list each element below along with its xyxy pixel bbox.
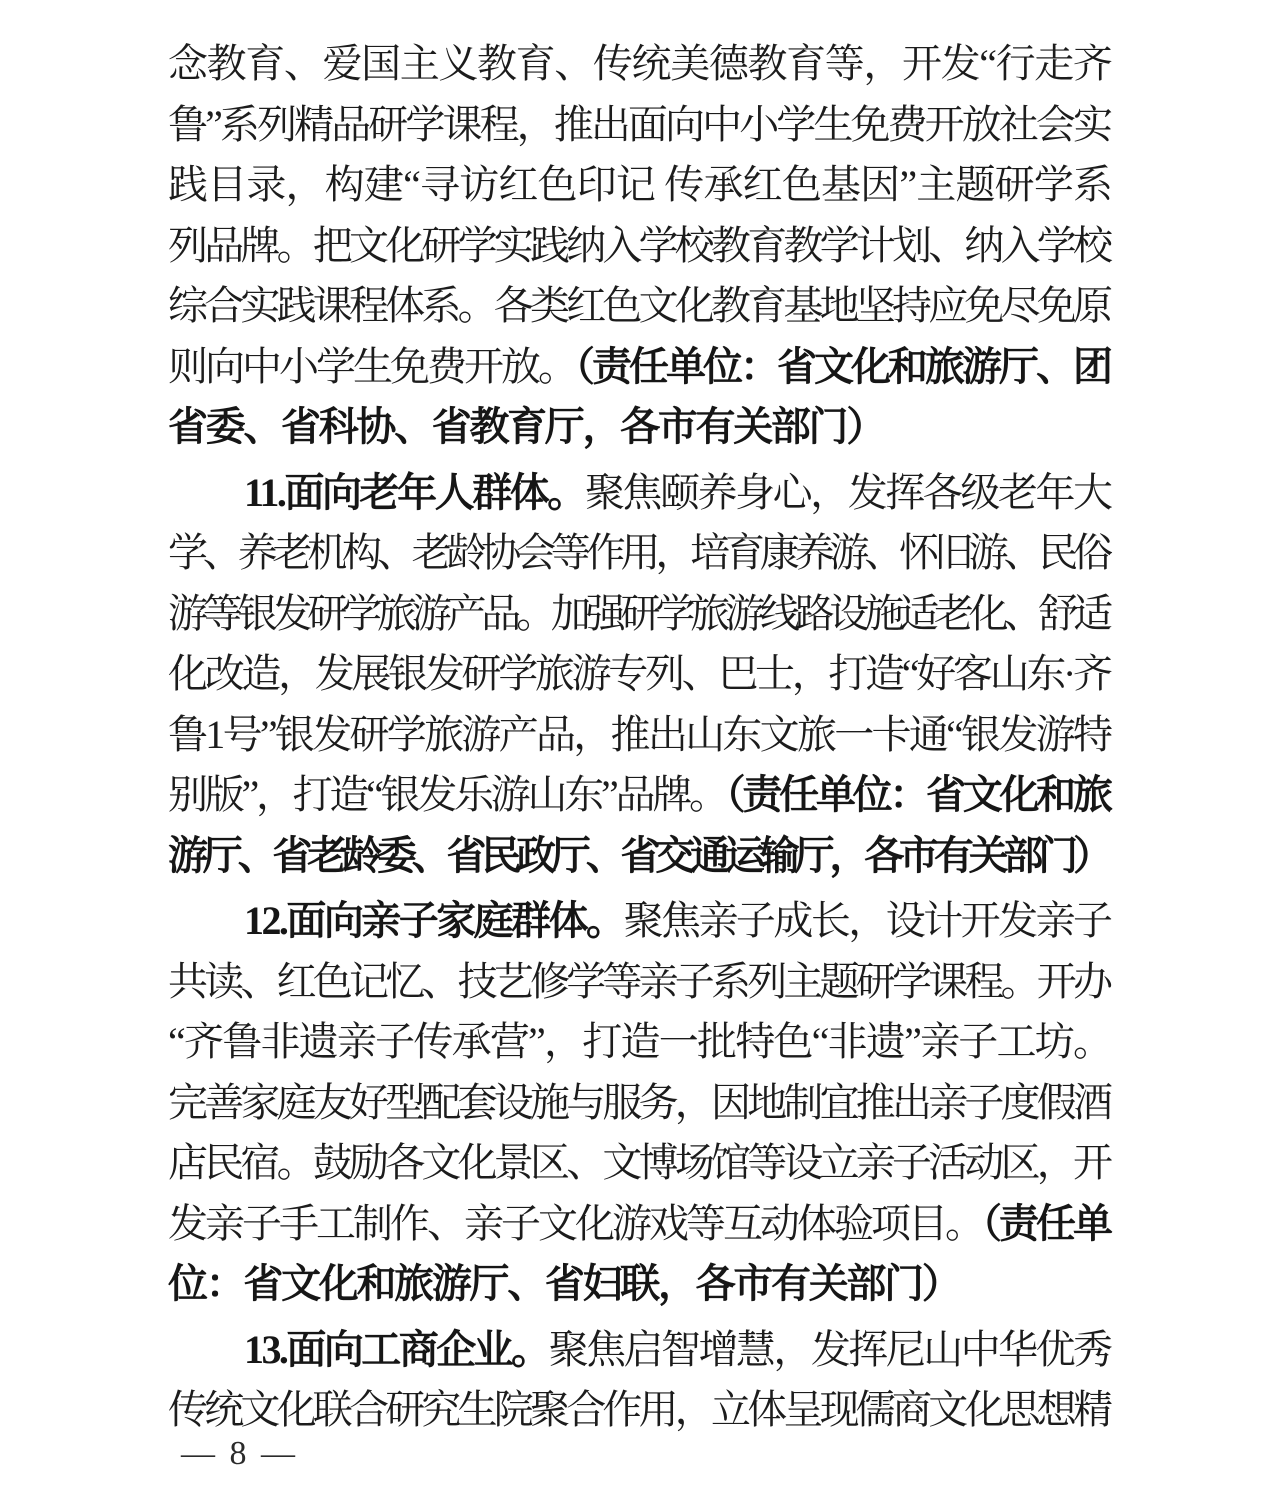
text-line: 鲁1号”银发研学旅游产品，推出山东文旅一卡通“银发游特 [168, 705, 1113, 766]
text-line: 12.面向亲子家庭群体。聚焦亲子成长，设计开发亲子 [168, 891, 1113, 952]
text-run: 店民宿。鼓励各文化景区、文博场馆等设立亲子活动区，开 [168, 1140, 1109, 1185]
text-line: 店民宿。鼓励各文化景区、文博场馆等设立亲子活动区，开 [168, 1133, 1113, 1194]
text-line: 游等银发研学旅游产品。加强研学旅游线路设施适老化、舒适 [168, 584, 1113, 645]
bold-run: 位：省文化和旅游厅、省妇联，各市有关部门） [168, 1261, 960, 1306]
text-run: 聚焦启智增慧，发挥尼山中华优秀 [549, 1327, 1111, 1372]
text-line: 学、养老机构、老龄协会等作用，培育康养游、怀旧游、民俗 [168, 523, 1113, 584]
paragraph-item-13: 13.面向工商企业。聚焦启智增慧，发挥尼山中华优秀传统文化联合研究生院聚合作用，… [168, 1320, 1113, 1441]
bold-run: （责任单 [982, 1201, 1110, 1246]
text-run: 别版”，打造“银发乐游山东”品牌。 [168, 772, 726, 817]
bold-run: 13.面向工商企业。 [244, 1327, 549, 1372]
text-run: 完善家庭友好型配套设施与服务，因地制宜推出亲子度假酒 [168, 1080, 1109, 1125]
text-block: 念教育、爱国主义教育、传统美德教育等，开发“行走齐鲁”系列精品研学课程，推出面向… [168, 34, 1113, 1441]
text-line: 13.面向工商企业。聚焦启智增慧，发挥尼山中华优秀 [168, 1320, 1113, 1381]
first-line-indent [168, 1362, 244, 1363]
text-line: 则向中小学生免费开放。（责任单位：省文化和旅游厅、团 [168, 337, 1113, 398]
text-run: 共读、红色记忆、技艺修学等亲子系列主题研学课程。开办 [168, 959, 1109, 1004]
text-line: 位：省文化和旅游厅、省妇联，各市有关部门） [168, 1254, 1113, 1315]
text-line: 综合实践课程体系。各类红色文化教育基地坚持应免尽免原 [168, 276, 1113, 337]
text-run: 发亲子手工制作、亲子文化游戏等互动体验项目。 [168, 1201, 982, 1246]
text-line: 游厅、省老龄委、省民政厅、省交通运输厅，各市有关部门） [168, 826, 1113, 887]
paragraph-item-12: 12.面向亲子家庭群体。聚焦亲子成长，设计开发亲子共读、红色记忆、技艺修学等亲子… [168, 891, 1113, 1315]
bold-run: 省委、省科协、省教育厅，各市有关部门） [168, 404, 884, 449]
text-line: 发亲子手工制作、亲子文化游戏等互动体验项目。（责任单 [168, 1194, 1113, 1255]
page-number: — 8 — [181, 1434, 298, 1474]
text-run: 践目录，构建“寻访红色印记 传承红色基因”主题研学系 [168, 162, 1112, 207]
text-run: 列品牌。把文化研学实践纳入学校教育教学计划、纳入学校 [168, 223, 1109, 268]
text-run: 传统文化联合研究生院聚合作用，立体呈现儒商文化思想精 [168, 1387, 1109, 1432]
text-run: 鲁”系列精品研学课程，推出面向中小学生免费开放社会实 [168, 102, 1110, 147]
text-run: 念教育、爱国主义教育、传统美德教育等，开发“行走齐 [168, 41, 1112, 86]
text-line: 传统文化联合研究生院聚合作用，立体呈现儒商文化思想精 [168, 1380, 1113, 1441]
text-line: 践目录，构建“寻访红色印记 传承红色基因”主题研学系 [168, 155, 1113, 216]
text-line: 列品牌。把文化研学实践纳入学校教育教学计划、纳入学校 [168, 216, 1113, 277]
text-line: 省委、省科协、省教育厅，各市有关部门） [168, 397, 1113, 458]
text-line: “齐鲁非遗亲子传承营”，打造一批特色“非遗”亲子工坊。 [168, 1012, 1113, 1073]
text-line: 化改造，发展银发研学旅游专列、巴士，打造“好客山东·齐 [168, 644, 1113, 705]
text-run: “齐鲁非遗亲子传承营”，打造一批特色“非遗”亲子工坊。 [168, 1019, 1111, 1064]
text-run: 聚焦亲子成长，设计开发亲子 [624, 898, 1111, 943]
first-line-indent [168, 505, 244, 506]
text-run: 鲁1号”银发研学旅游产品，推出山东文旅一卡通“银发游特 [168, 712, 1110, 757]
bold-run: 游厅、省老龄委、省民政厅、省交通运输厅，各市有关部门） [168, 833, 1108, 878]
text-run: 聚焦颐养身心，发挥各级老年大 [585, 470, 1111, 515]
text-run: 则向中小学生免费开放。 [168, 344, 575, 389]
text-line: 别版”，打造“银发乐游山东”品牌。（责任单位：省文化和旅 [168, 765, 1113, 826]
text-run: 综合实践课程体系。各类红色文化教育基地坚持应免尽免原 [168, 283, 1109, 328]
bold-run: （责任单位：省文化和旅游厅、团 [575, 344, 1110, 389]
bold-run: （责任单位：省文化和旅 [726, 772, 1110, 817]
text-run: 化改造，发展银发研学旅游专列、巴士，打造“好客山东·齐 [168, 651, 1110, 696]
text-line: 共读、红色记忆、技艺修学等亲子系列主题研学课程。开办 [168, 952, 1113, 1013]
text-run: 学、养老机构、老龄协会等作用，培育康养游、怀旧游、民俗 [168, 530, 1108, 575]
text-line: 鲁”系列精品研学课程，推出面向中小学生免费开放社会实 [168, 95, 1113, 156]
text-run: 游等银发研学旅游产品。加强研学旅游线路设施适老化、舒适 [168, 591, 1108, 636]
document-page: 念教育、爱国主义教育、传统美德教育等，开发“行走齐鲁”系列精品研学课程，推出面向… [0, 0, 1280, 1490]
text-line: 完善家庭友好型配套设施与服务，因地制宜推出亲子度假酒 [168, 1073, 1113, 1134]
paragraph-item-11: 11.面向老年人群体。聚焦颐养身心，发挥各级老年大学、养老机构、老龄协会等作用，… [168, 463, 1113, 887]
text-line: 念教育、爱国主义教育、传统美德教育等，开发“行走齐 [168, 34, 1113, 95]
first-line-indent [168, 933, 244, 934]
bold-run: 11.面向老年人群体。 [244, 470, 585, 515]
bold-run: 12.面向亲子家庭群体。 [244, 898, 624, 943]
text-line: 11.面向老年人群体。聚焦颐养身心，发挥各级老年大 [168, 463, 1113, 524]
paragraph-continuation: 念教育、爱国主义教育、传统美德教育等，开发“行走齐鲁”系列精品研学课程，推出面向… [168, 34, 1113, 458]
